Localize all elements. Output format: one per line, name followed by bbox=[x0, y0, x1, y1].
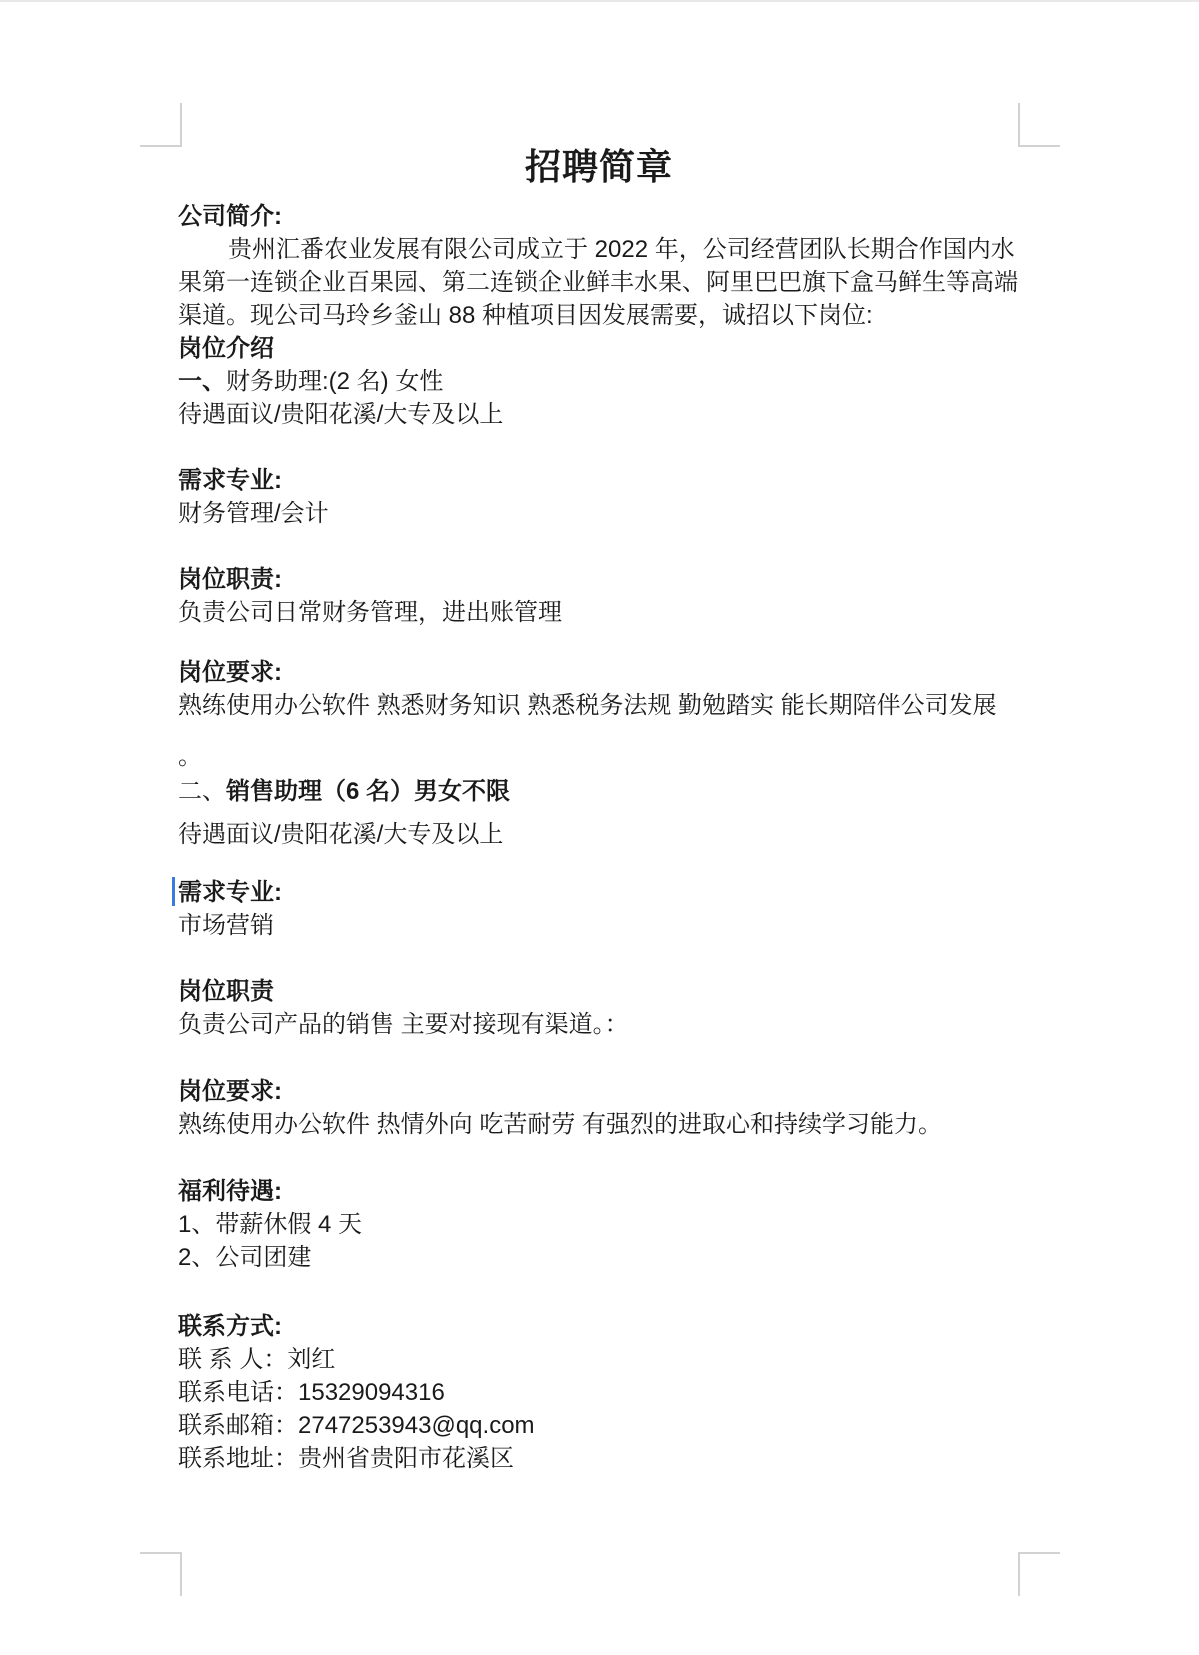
margin-corner-mark-top-left bbox=[140, 103, 182, 147]
margin-corner-mark-bottom-left bbox=[140, 1552, 182, 1596]
job2-major-heading: 需求专业: bbox=[178, 879, 282, 906]
job1-title-line: 一、财务助理:(2 名) 女性 bbox=[178, 365, 1020, 398]
job1-duty-heading: 岗位职责: bbox=[178, 563, 1020, 596]
document-content[interactable]: 招聘简章 公司简介: 贵州汇番农业发展有限公司成立于 2022 年，公司经营团队… bbox=[178, 143, 1020, 1475]
job2-conditions: 待遇面议/贵阳花溪/大专及以上 bbox=[178, 818, 1020, 851]
job1-major-heading: 需求专业: bbox=[178, 464, 1020, 497]
job1-duty: 负责公司日常财务管理，进出账管理 bbox=[178, 596, 1020, 629]
job2-duty-heading: 岗位职责 bbox=[178, 975, 1020, 1008]
benefits-item-2: 2、公司团建 bbox=[178, 1241, 1020, 1274]
doc-title: 招聘简章 bbox=[178, 143, 1020, 190]
job2-req-heading: 岗位要求: bbox=[178, 1075, 1020, 1108]
margin-corner-mark-bottom-right bbox=[1018, 1552, 1060, 1596]
contact-person: 联 系 人：刘红 bbox=[178, 1343, 1020, 1376]
company-intro-line-3: 渠道。现公司马玲乡釜山 88 种植项目因发展需要，诚招以下岗位: bbox=[178, 299, 1020, 332]
job1-title: 财务助理:(2 名) 女性 bbox=[226, 368, 443, 395]
job1-req-line-2: 。 bbox=[178, 740, 1020, 773]
page-top-edge bbox=[0, 0, 1199, 2]
job2-major-heading-line: 需求专业: bbox=[178, 876, 1020, 909]
job1-major: 财务管理/会计 bbox=[178, 497, 1020, 530]
job2-duty: 负责公司产品的销售 主要对接现有渠道。： bbox=[178, 1008, 1020, 1041]
job2-req: 熟练使用办公软件 热情外向 吃苦耐劳 有强烈的进取心和持续学习能力。 bbox=[178, 1108, 1020, 1141]
job2-title-line: 二、销售助理（6 名）男女不限 bbox=[178, 775, 1020, 808]
jobs-heading: 岗位介绍 bbox=[178, 332, 1020, 365]
company-intro-line-1: 贵州汇番农业发展有限公司成立于 2022 年，公司经营团队长期合作国内水 bbox=[178, 233, 1020, 266]
job1-conditions: 待遇面议/贵阳花溪/大专及以上 bbox=[178, 398, 1020, 431]
company-intro-heading: 公司简介: bbox=[178, 200, 1020, 233]
job1-req-heading: 岗位要求: bbox=[178, 656, 1020, 689]
company-intro-line-2: 果第一连锁企业百果园、第二连锁企业鲜丰水果、阿里巴巴旗下盒马鲜生等高端 bbox=[178, 266, 1020, 299]
contact-address: 联系地址：贵州省贵阳市花溪区 bbox=[178, 1442, 1020, 1475]
benefits-heading: 福利待遇: bbox=[178, 1175, 1020, 1208]
job2-major: 市场营销 bbox=[178, 909, 1020, 942]
job2-number: 二、 bbox=[178, 778, 226, 805]
margin-corner-mark-top-right bbox=[1018, 103, 1060, 147]
job1-number: 一、 bbox=[178, 368, 226, 395]
job1-req-line-1: 熟练使用办公软件 熟悉财务知识 熟悉税务法规 勤勉踏实 能长期陪伴公司发展 bbox=[178, 689, 1020, 722]
benefits-item-1: 1、带薪休假 4 天 bbox=[178, 1208, 1020, 1241]
job2-title: 销售助理（6 名）男女不限 bbox=[226, 778, 510, 805]
contact-heading: 联系方式: bbox=[178, 1310, 1020, 1343]
text-cursor bbox=[172, 877, 175, 906]
document-page[interactable]: 招聘简章 公司简介: 贵州汇番农业发展有限公司成立于 2022 年，公司经营团队… bbox=[0, 0, 1199, 1655]
contact-email: 联系邮箱：2747253943@qq.com bbox=[178, 1409, 1020, 1442]
contact-phone: 联系电话：15329094316 bbox=[178, 1376, 1020, 1409]
